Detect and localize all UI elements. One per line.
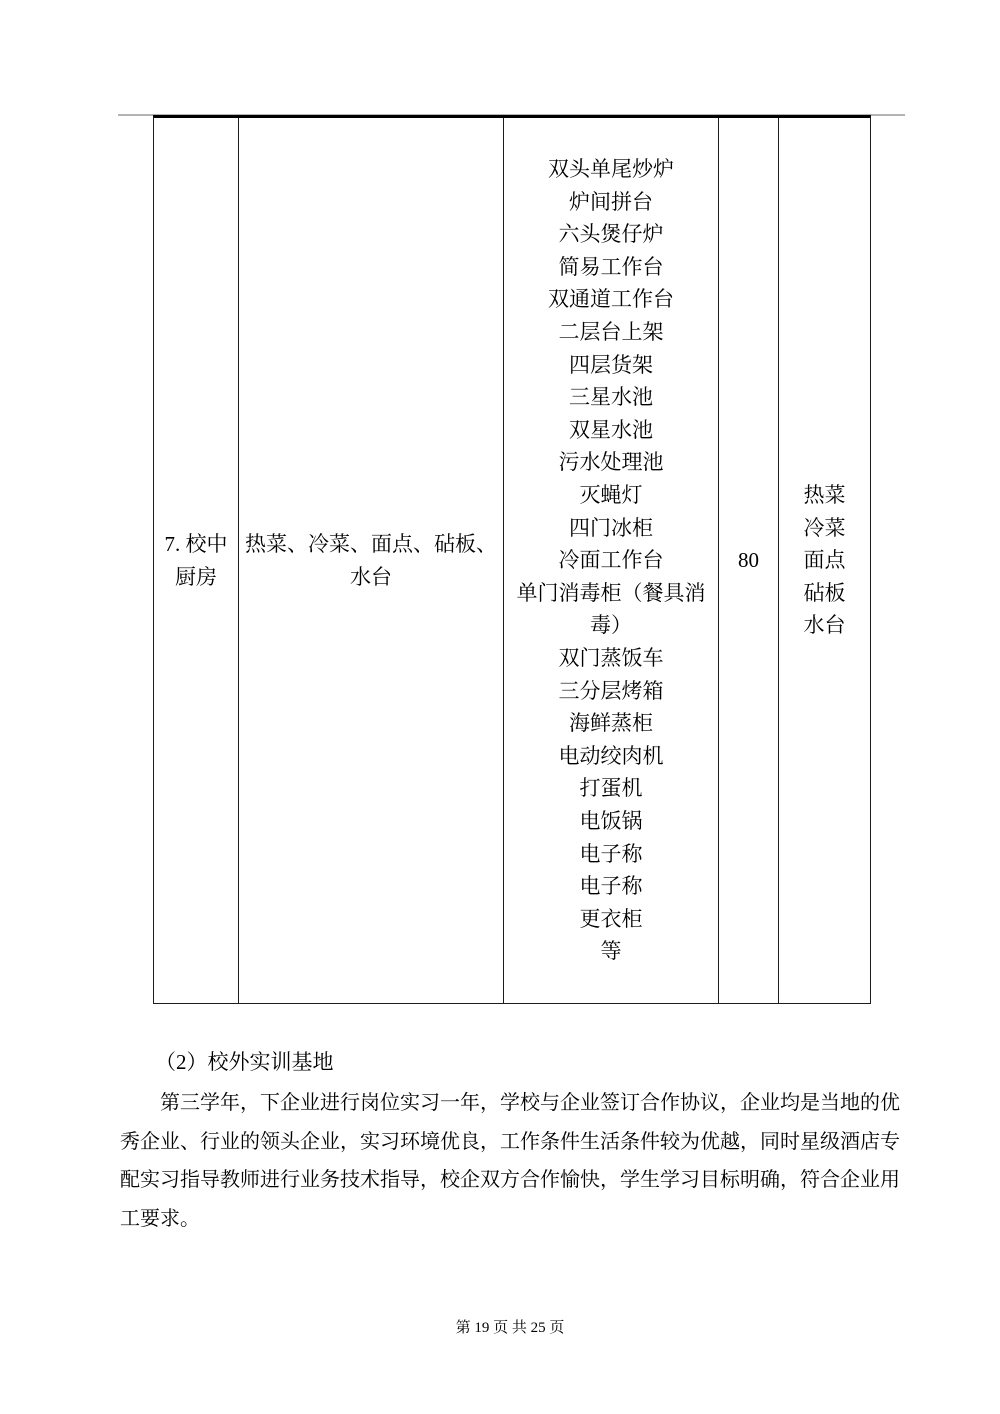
equipment-item: 毒）	[517, 609, 706, 642]
station-type-item: 面点	[804, 544, 846, 577]
capacity-value: 80	[738, 544, 759, 577]
paragraph-line: 第三学年，下企业进行岗位实习一年，学校与企业签订合作协议，企业均是当地的优	[120, 1084, 900, 1123]
page-number: 第 19 页 共 25 页	[456, 1320, 565, 1336]
station-summary: 热菜、冷菜、面点、砧板、水台	[245, 528, 497, 593]
equipment-item: 三星水池	[517, 381, 706, 414]
equipment-item: 双门蒸饭车	[517, 642, 706, 675]
equipment-item: 六头煲仔炉	[517, 218, 706, 251]
equipment-item: 简易工作台	[517, 251, 706, 284]
equipment-item: 等	[517, 935, 706, 968]
room-name-line: 7. 校中	[165, 528, 228, 561]
station-type-list: 热菜冷菜面点砧板水台	[804, 479, 846, 642]
equipment-item: 电子称	[517, 870, 706, 903]
equipment-list: 双头单尾炒炉炉间拼台六头煲仔炉简易工作台双通道工作台二层台上架四层货架三星水池双…	[517, 153, 706, 968]
page-footer: 第 19 页 共 25 页	[120, 1320, 900, 1337]
table-cell-station-types: 热菜冷菜面点砧板水台	[779, 118, 870, 1003]
equipment-item: 双通道工作台	[517, 283, 706, 316]
station-type-item: 冷菜	[804, 512, 846, 545]
equipment-item: 单门消毒柜（餐具消	[517, 577, 706, 610]
station-type-item: 水台	[804, 609, 846, 642]
paragraph-line: 配实习指导教师进行业务技术指导，校企双方合作愉快，学生学习目标明确，符合企业用	[120, 1161, 900, 1200]
equipment-item: 海鲜蒸柜	[517, 707, 706, 740]
equipment-item: 四门冰柜	[517, 512, 706, 545]
equipment-item: 冷面工作台	[517, 544, 706, 577]
table-cell-room-name: 7. 校中厨房	[154, 118, 239, 1003]
equipment-item: 二层台上架	[517, 316, 706, 349]
training-room-table: 7. 校中厨房 热菜、冷菜、面点、砧板、水台 双头单尾炒炉炉间拼台六头煲仔炉简易…	[153, 115, 871, 1004]
station-summary-line: 热菜、冷菜、面点、砧板、	[245, 528, 497, 561]
station-type-item: 砧板	[804, 577, 846, 610]
equipment-item: 炉间拼台	[517, 186, 706, 219]
paragraph-line: 工要求。	[120, 1200, 900, 1239]
table-cell-capacity: 80	[719, 118, 779, 1003]
equipment-item: 打蛋机	[517, 772, 706, 805]
section-heading: （2）校外实训基地	[120, 1048, 900, 1077]
body-paragraph: 第三学年，下企业进行岗位实习一年，学校与企业签订合作协议，企业均是当地的优秀企业…	[120, 1084, 900, 1238]
equipment-item: 灭蝇灯	[517, 479, 706, 512]
equipment-item: 更衣柜	[517, 903, 706, 936]
station-summary-line: 水台	[245, 561, 497, 594]
equipment-item: 污水处理池	[517, 446, 706, 479]
equipment-item: 电动绞肉机	[517, 740, 706, 773]
equipment-item: 电子称	[517, 838, 706, 871]
room-name-line: 厨房	[165, 561, 228, 594]
equipment-item: 双头单尾炒炉	[517, 153, 706, 186]
table-cell-station-summary: 热菜、冷菜、面点、砧板、水台	[239, 118, 504, 1003]
document-page: 7. 校中厨房 热菜、冷菜、面点、砧板、水台 双头单尾炒炉炉间拼台六头煲仔炉简易…	[0, 0, 1000, 1414]
equipment-item: 双星水池	[517, 414, 706, 447]
table-cell-equipment-list: 双头单尾炒炉炉间拼台六头煲仔炉简易工作台双通道工作台二层台上架四层货架三星水池双…	[504, 118, 719, 1003]
room-name: 7. 校中厨房	[165, 528, 228, 593]
equipment-item: 三分层烤箱	[517, 675, 706, 708]
paragraph-line: 秀企业、行业的领头企业，实习环境优良，工作条件生活条件较为优越，同时星级酒店专	[120, 1123, 900, 1162]
body-paragraph-lines: 第三学年，下企业进行岗位实习一年，学校与企业签订合作协议，企业均是当地的优秀企业…	[120, 1084, 900, 1238]
equipment-item: 电饭锅	[517, 805, 706, 838]
station-type-item: 热菜	[804, 479, 846, 512]
equipment-item: 四层货架	[517, 349, 706, 382]
